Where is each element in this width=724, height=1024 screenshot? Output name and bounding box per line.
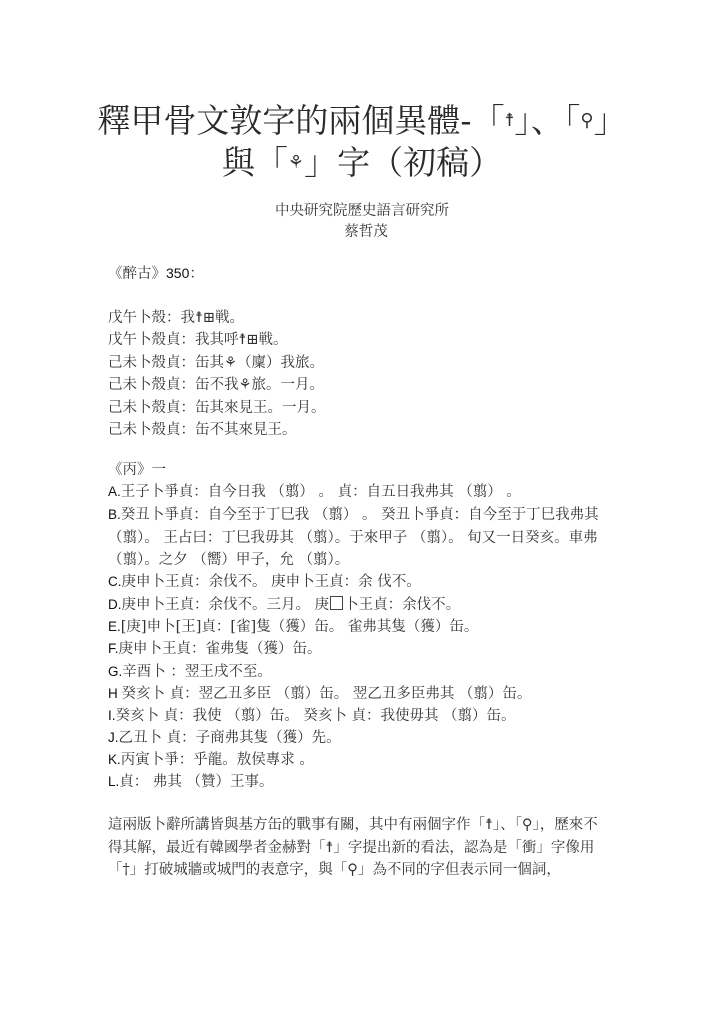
entry-label: E.: [108, 619, 121, 634]
entry-text: [庚]申卜[王]貞：[雀]隻（獲）缶。 雀弗其隻（獲）缶。: [121, 619, 479, 635]
entry-text: 庚申卜王貞：余伐不。三月。 庚: [122, 597, 330, 613]
oracle-glyph-icon: ☨: [505, 110, 515, 131]
oracle-glyph-icon: ⚘: [288, 152, 304, 173]
source-title: 《醉古》: [108, 266, 166, 282]
inscription-line: 己未卜殼貞：缶不我⚘旅。一月。: [108, 373, 324, 394]
inscription-entry-k: K.丙寅卜爭：乎龍。敖侯專求 。: [108, 748, 314, 769]
entry-label: G.: [108, 664, 122, 679]
inscription-entry-l: L.貞： 弗其 （贊）王事。: [108, 770, 273, 791]
body-paragraph-line: 這兩版卜辭所講皆與基方缶的戰事有關，其中有兩個字作「☨」、「⚲」，歷來不: [108, 813, 618, 834]
entry-text: 丙寅卜爭：乎龍。敖侯專求 。: [121, 752, 314, 768]
inscription-line: 己未卜殼貞：缶其來見王。一月。: [108, 396, 326, 417]
title-text: 」、「: [514, 101, 580, 140]
section-heading: 《醉古》350：: [108, 262, 204, 283]
entry-label: D.: [108, 597, 122, 612]
colon: ：: [189, 266, 204, 282]
entry-label: J.: [108, 730, 119, 745]
section-heading: 《丙》一: [108, 458, 166, 479]
entry-label: H: [108, 686, 122, 701]
title-text: 」字（初稿）: [304, 143, 502, 182]
title-text: 」: [594, 101, 627, 140]
missing-character-box-icon: [330, 596, 343, 610]
inscription-entry-g: G.辛酉卜 ：翌王戌不至。: [108, 660, 272, 681]
entry-label: C.: [108, 574, 122, 589]
inscription-entry-continuation: （翦）。之夕 （嚮）甲子，允 （翦）。: [108, 548, 349, 569]
entry-text: 辛酉卜 ：翌王戌不至。: [122, 664, 272, 680]
entry-label: F.: [108, 641, 119, 656]
author-name: 蔡哲茂: [0, 220, 724, 241]
document-title-line-2: 與「⚘」字（初稿）: [0, 137, 724, 184]
entry-text: 卜王貞：余伐不。: [344, 597, 460, 613]
entry-label: I.: [108, 708, 116, 723]
inscription-line: 己未卜殼貞：缶不其來見王。: [108, 418, 297, 439]
entry-text: （翦）。 王占曰：丁巳我毋其 （翦）。于來甲子 （翦）。 旬又一日癸亥。車弗: [108, 530, 598, 546]
inscription-entry-j: J.乙丑卜 貞：子商弗其隻（獲）先。: [108, 726, 341, 747]
document-page: 釋甲骨文敦字的兩個異體-「☨」、「⚲」 與「⚘」字（初稿） 中央研究院歷史語言研…: [0, 0, 724, 1024]
author-institution: 中央研究院歷史語言研究所: [0, 199, 724, 220]
document-title-line-1: 釋甲骨文敦字的兩個異體-「☨」、「⚲」: [0, 95, 724, 142]
source-number: 350: [166, 265, 189, 281]
inscription-entry-e: E.[庚]申卜[王]貞：[雀]隻（獲）缶。 雀弗其隻（獲）缶。: [108, 615, 478, 636]
inscription-line: 戊午卜殼貞：我其呼☨⊞戦。: [108, 328, 288, 349]
entry-text: （翦）。之夕 （嚮）甲子，允 （翦）。: [108, 552, 349, 568]
title-text: 與「: [222, 143, 288, 182]
inscription-entry-a: A.王子卜爭貞：自今日我 （翦） 。 貞：自五日我弗其 （翦） 。: [108, 480, 521, 501]
entry-text: 乙丑卜 貞：子商弗其隻（獲）先。: [119, 730, 341, 746]
entry-text: 庚申卜王貞：余伐不。 庚申卜王貞：余 伐不。: [122, 574, 421, 590]
title-text: 釋甲骨文敦字的兩個異體-「: [97, 101, 504, 140]
entry-text: 癸亥卜 貞：翌乙丑多臣 （翦）缶。 翌乙丑多臣弗其 （翦）缶。: [122, 686, 532, 702]
inscription-line: 己未卜殼貞：缶其⚘（廩）我旅。: [108, 351, 324, 372]
body-paragraph-line: 得其解，最近有韓國學者金赫對「☨」字提出新的看法，認為是「衝」字像用: [108, 836, 618, 857]
body-paragraph-line: 「†」打破城牆或城門的表意字，與「⚲」為不同的字但表示同一個詞，: [108, 858, 618, 879]
entry-text: 王子卜爭貞：自今日我 （翦） 。 貞：自五日我弗其 （翦） 。: [121, 484, 521, 500]
entry-text: 貞： 弗其 （贊）王事。: [119, 774, 273, 790]
inscription-entry-b: B.癸丑卜爭貞：自今至于丁巳我 （翦） 。 癸丑卜爭貞：自今至于丁巳我弗其: [108, 503, 599, 524]
entry-label: L.: [108, 774, 119, 789]
inscription-entry-h: H 癸亥卜 貞：翌乙丑多臣 （翦）缶。 翌乙丑多臣弗其 （翦）缶。: [108, 682, 531, 703]
inscription-entry-d: D.庚申卜王貞：余伐不。三月。 庚卜王貞：余伐不。: [108, 593, 460, 614]
entry-label: A.: [108, 484, 121, 499]
entry-label: K.: [108, 752, 121, 767]
inscription-entry-f: F.庚申卜王貞：雀弗隻（獲）缶。: [108, 637, 322, 658]
entry-text: 癸亥卜 貞：我使 （翦）缶。 癸亥卜 貞：我使毋其 （翦）缶。: [116, 708, 516, 724]
oracle-glyph-icon: ⚲: [580, 110, 593, 131]
entry-text: 庚申卜王貞：雀弗隻（獲）缶。: [119, 641, 322, 657]
inscription-line: 戊午卜殼：我☨⊞戦。: [108, 306, 244, 327]
entry-text: 癸丑卜爭貞：自今至于丁巳我 （翦） 。 癸丑卜爭貞：自今至于丁巳我弗其: [121, 507, 599, 523]
entry-label: B.: [108, 507, 121, 522]
inscription-entry-i: I.癸亥卜 貞：我使 （翦）缶。 癸亥卜 貞：我使毋其 （翦）缶。: [108, 704, 516, 725]
inscription-entry-continuation: （翦）。 王占曰：丁巳我毋其 （翦）。于來甲子 （翦）。 旬又一日癸亥。車弗: [108, 526, 598, 547]
inscription-entry-c: C.庚申卜王貞：余伐不。 庚申卜王貞：余 伐不。: [108, 570, 421, 591]
